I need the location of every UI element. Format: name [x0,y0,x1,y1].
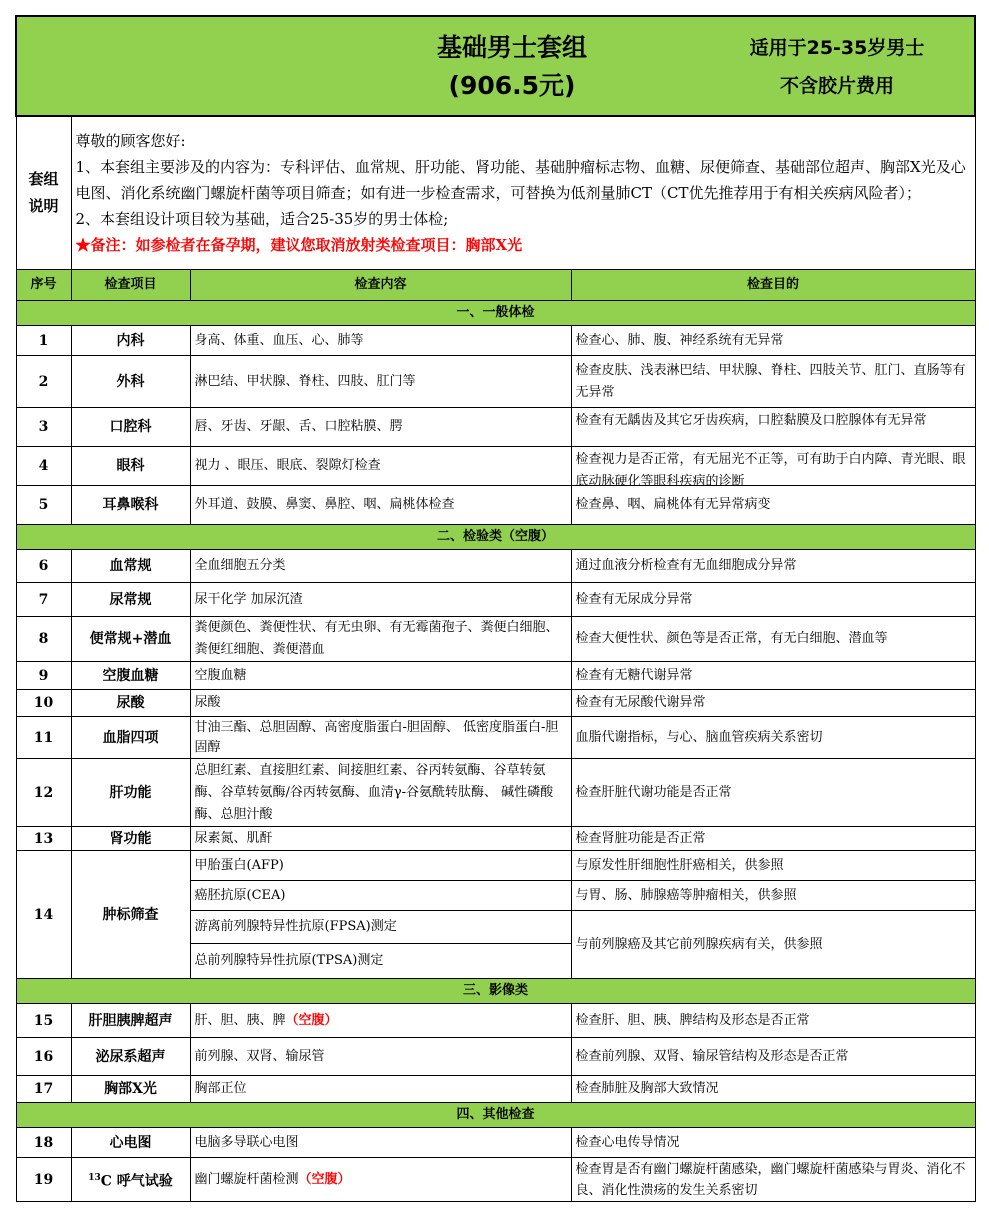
table-row: 15 肝胆胰脾超声 肝、胆、胰、脾（空腹） 检查肝、胆、胰、脾结构及形态是否正常 [16,1004,975,1038]
description-label-line1: 套组 [17,166,71,193]
row-item: 肝功能 [71,759,190,827]
col-header-purpose: 检查目的 [571,270,975,301]
row-content: 幽门螺旋杆菌检测（空腹） [190,1158,571,1202]
row-no: 3 [16,408,71,447]
row-item: 肝胆胰脾超声 [71,1004,190,1038]
row-content: 全血细胞五分类 [190,550,571,583]
row-purpose-text: 检查有无龋齿及其它牙齿疾病，口腔黏膜及口腔腺体有无异常 [576,410,971,446]
table-row: 1 内科 身高、体重、血压、心、肺等 检查心、肺、腹、神经系统有无异常 [16,326,975,356]
row-purpose: 检查皮肤、浅表淋巴结、甲状腺、脊柱、四肢关节、肛门、直肠等有无异常 [571,356,975,408]
title-row: 基础男士套组 (906.5元) 适用于25-35岁男士 不含胶片费用 [16,16,975,116]
row-no: 4 [16,447,71,486]
package-title: 基础男士套组 [387,29,637,67]
table-row: 2 外科 淋巴结、甲状腺、脊柱、四肢、肛门等 检查皮肤、浅表淋巴结、甲状腺、脊柱… [16,356,975,408]
row-item: 耳鼻喉科 [71,486,190,525]
table-row: 19 13C 呼气试验 幽门螺旋杆菌检测（空腹） 检查胃是否有幽门螺旋杆菌感染，… [16,1158,975,1202]
row-no: 8 [16,617,71,662]
row-purpose: 血脂代谢指标，与心、脑血管疾病关系密切 [571,717,975,759]
row-purpose: 检查大便性状、颜色等是否正常，有无白细胞、潜血等 [571,617,975,662]
row-item: 肿标筛查 [71,851,190,979]
description-note: ★备注：如参检者在备孕期，建议您取消放射类检查项目：胸部X光 [76,232,971,258]
section-header: 一、一般体检 [16,301,975,326]
row-content: 电脑多导联心电图 [190,1128,571,1158]
col-header-content: 检查内容 [190,270,571,301]
row-item: 胸部X光 [71,1076,190,1103]
table-row: 12 肝功能 总胆红素、直接胆红素、间接胆红素、谷丙转氨酶、谷草转氨酶、谷草转氨… [16,759,975,827]
row-no: 13 [16,827,71,851]
row-no: 2 [16,356,71,408]
row-item: 外科 [71,356,190,408]
table-row: 5 耳鼻喉科 外耳道、鼓膜、鼻窦、鼻腔、咽、扁桃体检查 检查鼻、咽、扁桃体有无异… [16,486,975,525]
row-item: 眼科 [71,447,190,486]
row-purpose: 检查鼻、咽、扁桃体有无异常病变 [571,486,975,525]
row-item-text: C 呼气试验 [101,1173,173,1189]
col-header-no: 序号 [16,270,71,301]
section-header: 四、其他检查 [16,1103,975,1128]
row-content: 外耳道、鼓膜、鼻窦、鼻腔、咽、扁桃体检查 [190,486,571,525]
table-row: 11 血脂四项 甘油三酯、总胆固醇、高密度脂蛋白-胆固醇、 低密度脂蛋白-胆固醇… [16,717,975,759]
row-no: 19 [16,1158,71,1202]
row-purpose: 检查前列腺、双肾、输尿管结构及形态是否正常 [571,1038,975,1076]
table-row: 18 心电图 电脑多导联心电图 检查心电传导情况 [16,1128,975,1158]
row-item: 便常规+潜血 [71,617,190,662]
row-content: 前列腺、双肾、输尿管 [190,1038,571,1076]
description-body: 尊敬的顾客您好: 1、本套组主要涉及的内容为：专科评估、血常规、肝功能、肾功能、… [71,116,975,270]
row-purpose: 检查心、肺、腹、神经系统有无异常 [571,326,975,356]
fasting-tag: （空腹） [286,1013,338,1028]
row-purpose: 检查有无尿成分异常 [571,583,975,617]
row-no: 14 [16,851,71,979]
row-content: 胸部正位 [190,1076,571,1103]
description-label-line2: 说明 [17,193,71,220]
row-no: 18 [16,1128,71,1158]
row-no: 12 [16,759,71,827]
row-content: 身高、体重、血压、心、肺等 [190,326,571,356]
age-note: 适用于25-35岁男士 [717,29,957,67]
row-content: 淋巴结、甲状腺、脊柱、四肢、肛门等 [190,356,571,408]
row-content: 总胆红素、直接胆红素、间接胆红素、谷丙转氨酶、谷草转氨酶、谷草转氨酶/谷丙转氨酶… [190,759,571,827]
row-content: 癌胚抗原(CEA) [190,881,571,911]
row-purpose: 检查肝脏代谢功能是否正常 [571,759,975,827]
row-purpose: 与原发性肝细胞性肝癌相关，供参照 [571,851,975,881]
package-sheet: 基础男士套组 (906.5元) 适用于25-35岁男士 不含胶片费用 套组 说明… [15,15,974,1202]
section-header: 三、影像类 [16,979,975,1004]
table-row: 10 尿酸 尿酸 检查有无尿酸代谢异常 [16,690,975,717]
row-content: 游离前列腺特异性抗原(FPSA)测定 [190,911,571,944]
table-row: 3 口腔科 唇、牙齿、牙龈、舌、口腔粘膜、腭 检查有无龋齿及其它牙齿疾病，口腔黏… [16,408,975,447]
section-title: 一、一般体检 [16,301,975,326]
row-content: 总前列腺特异性抗原(TPSA)测定 [190,944,571,979]
description-point-2: 2、本套组设计项目较为基础，适合25-35岁的男士体检; [76,206,971,232]
table-row: 6 血常规 全血细胞五分类 通过血液分析检查有无血细胞成分异常 [16,550,975,583]
row-no: 1 [16,326,71,356]
row-no: 9 [16,662,71,690]
row-content: 视力 、眼压、眼底、裂隙灯检查 [190,447,571,486]
row-purpose: 检查肝、胆、胰、脾结构及形态是否正常 [571,1004,975,1038]
col-header-item: 检查项目 [71,270,190,301]
row-item: 肾功能 [71,827,190,851]
row-purpose: 与前列腺癌及其它前列腺疾病有关，供参照 [571,911,975,979]
table-row: 7 尿常规 尿干化学 加尿沉渣 检查有无尿成分异常 [16,583,975,617]
column-header-row: 序号 检查项目 检查内容 检查目的 [16,270,975,301]
section-title: 二、检验类（空腹） [16,525,975,550]
row-content-text: 幽门螺旋杆菌检测 [195,1172,299,1187]
row-no: 7 [16,583,71,617]
row-purpose: 检查有无糖代谢异常 [571,662,975,690]
row-item: 尿常规 [71,583,190,617]
table-row: 13 肾功能 尿素氮、肌酐 检查肾脏功能是否正常 [16,827,975,851]
row-content: 尿素氮、肌酐 [190,827,571,851]
title-side-notes: 适用于25-35岁男士 不含胶片费用 [717,29,957,105]
description-point-1: 1、本套组主要涉及的内容为：专科评估、血常规、肝功能、肾功能、基础肿瘤标志物、血… [76,154,971,206]
title-block: 基础男士套组 (906.5元) [387,29,637,105]
row-item: 泌尿系超声 [71,1038,190,1076]
row-item: 血常规 [71,550,190,583]
row-item: 血脂四项 [71,717,190,759]
row-no: 17 [16,1076,71,1103]
title-banner: 基础男士套组 (906.5元) 适用于25-35岁男士 不含胶片费用 [16,16,975,116]
row-item: 13C 呼气试验 [71,1158,190,1202]
row-item: 心电图 [71,1128,190,1158]
table-row: 17 胸部X光 胸部正位 检查肺脏及胸部大致情况 [16,1076,975,1103]
row-purpose: 检查视力是否正常，有无屈光不正等，可有助于白内障、青光眼、眼底动脉硬化等眼科疾病… [571,447,975,486]
section-title: 四、其他检查 [16,1103,975,1128]
row-content: 甲胎蛋白(AFP) [190,851,571,881]
row-purpose: 与胃、肠、肺腺癌等肿瘤相关，供参照 [571,881,975,911]
table-row: 9 空腹血糖 空腹血糖 检查有无糖代谢异常 [16,662,975,690]
row-purpose: 通过血液分析检查有无血细胞成分异常 [571,550,975,583]
row-purpose: 检查有无尿酸代谢异常 [571,690,975,717]
row-purpose: 检查有无龋齿及其它牙齿疾病，口腔黏膜及口腔腺体有无异常 [571,408,975,447]
table-row: 16 泌尿系超声 前列腺、双肾、输尿管 检查前列腺、双肾、输尿管结构及形态是否正… [16,1038,975,1076]
row-purpose: 检查肾脏功能是否正常 [571,827,975,851]
row-content: 尿干化学 加尿沉渣 [190,583,571,617]
row-content: 空腹血糖 [190,662,571,690]
row-no: 11 [16,717,71,759]
row-content: 尿酸 [190,690,571,717]
row-no: 5 [16,486,71,525]
carbon-isotope-sup: 13 [88,1173,101,1183]
film-note: 不含胶片费用 [717,67,957,105]
row-content: 甘油三酯、总胆固醇、高密度脂蛋白-胆固醇、 低密度脂蛋白-胆固醇 [190,717,571,759]
section-title: 三、影像类 [16,979,975,1004]
description-label: 套组 说明 [16,116,71,270]
package-table: 基础男士套组 (906.5元) 适用于25-35岁男士 不含胶片费用 套组 说明… [15,15,976,1202]
package-price: (906.5元) [387,67,637,105]
row-purpose: 检查肺脏及胸部大致情况 [571,1076,975,1103]
table-row: 8 便常规+潜血 粪便颜色、粪便性状、有无虫卵、有无霉菌孢子、粪便白细胞、粪便红… [16,617,975,662]
row-content-text: 肝、胆、胰、脾 [195,1013,286,1028]
row-no: 15 [16,1004,71,1038]
table-row-tumor: 14 肿标筛查 甲胎蛋白(AFP) 与原发性肝细胞性肝癌相关，供参照 [16,851,975,881]
table-row: 4 眼科 视力 、眼压、眼底、裂隙灯检查 检查视力是否正常，有无屈光不正等，可有… [16,447,975,486]
row-item: 尿酸 [71,690,190,717]
row-no: 6 [16,550,71,583]
row-item: 空腹血糖 [71,662,190,690]
row-item: 内科 [71,326,190,356]
row-purpose-text: 检查视力是否正常，有无屈光不正等，可有助于白内障、青光眼、眼底动脉硬化等眼科疾病… [576,449,971,485]
row-purpose: 检查心电传导情况 [571,1128,975,1158]
row-content: 唇、牙齿、牙龈、舌、口腔粘膜、腭 [190,408,571,447]
row-item: 口腔科 [71,408,190,447]
section-header: 二、检验类（空腹） [16,525,975,550]
greeting: 尊敬的顾客您好: [76,128,971,154]
row-purpose: 检查胃是否有幽门螺旋杆菌感染，幽门螺旋杆菌感染与胃炎、消化不良、消化性溃疡的发生… [571,1158,975,1202]
row-content: 粪便颜色、粪便性状、有无虫卵、有无霉菌孢子、粪便白细胞、粪便红细胞、粪便潜血 [190,617,571,662]
row-no: 16 [16,1038,71,1076]
description-row: 套组 说明 尊敬的顾客您好: 1、本套组主要涉及的内容为：专科评估、血常规、肝功… [16,116,975,270]
row-content: 肝、胆、胰、脾（空腹） [190,1004,571,1038]
row-no: 10 [16,690,71,717]
fasting-tag: （空腹） [299,1172,351,1187]
